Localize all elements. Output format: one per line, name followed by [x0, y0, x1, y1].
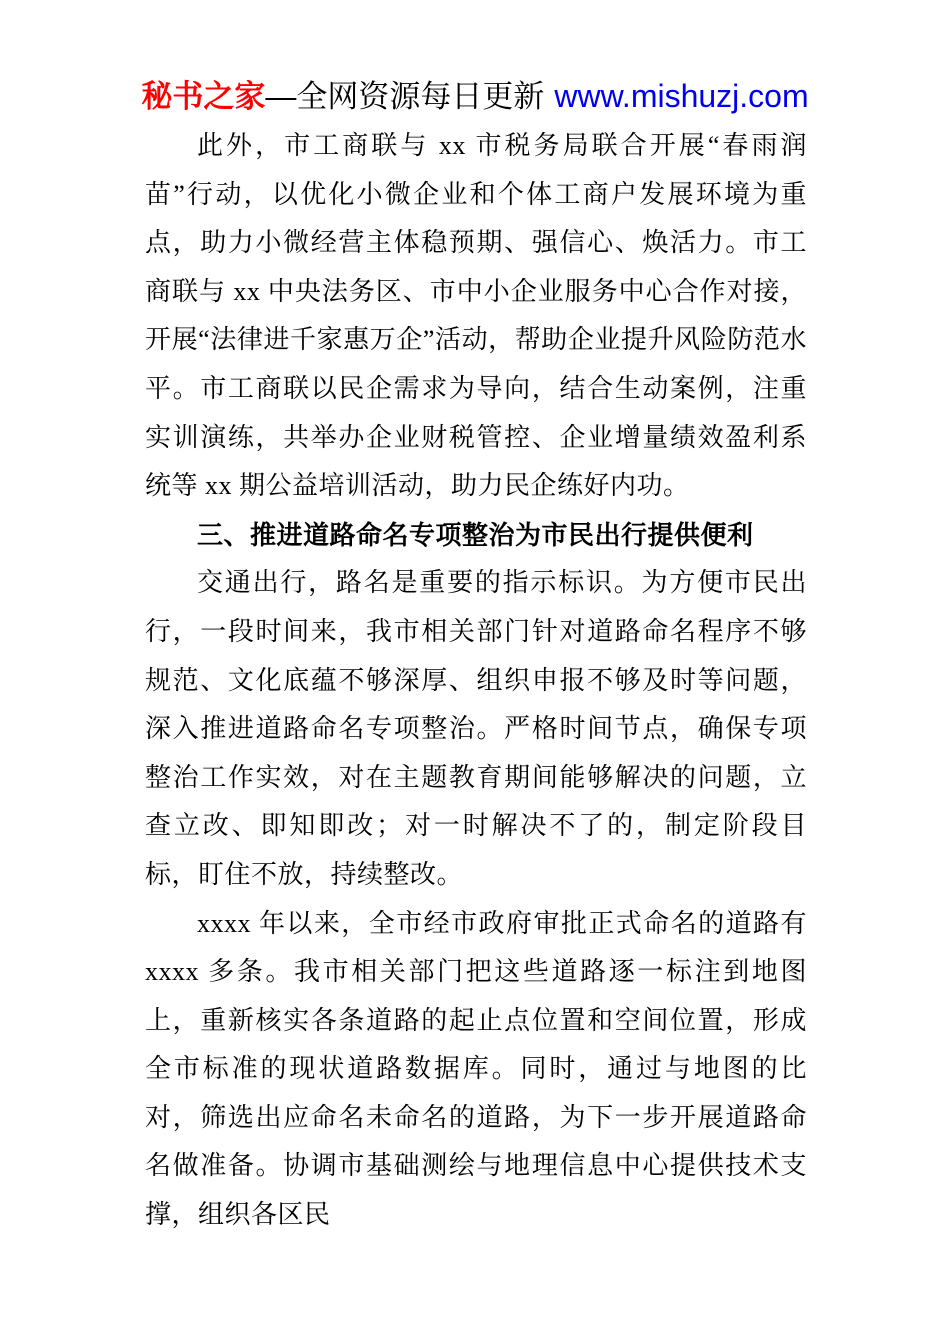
body-paragraph: 交通出行，路名是重要的指示标识。为方便市民出行，一段时间来，我市相关部门针对道路…	[145, 559, 807, 899]
site-url-link[interactable]: www.mishuzj.com	[554, 78, 808, 114]
body-paragraph: xxxx 年以来，全市经市政府审批正式命名的道路有 xxxx 多条。我市相关部门…	[145, 900, 807, 1240]
body-paragraph: 此外，市工商联与 xx 市税务局联合开展“春雨润苗”行动，以优化小微企业和个体工…	[145, 122, 807, 511]
document-body: 此外，市工商联与 xx 市税务局联合开展“春雨润苗”行动，以优化小微企业和个体工…	[145, 122, 807, 1240]
site-tagline: —全网资源每日更新	[265, 79, 544, 114]
doc-header: 秘书之家—全网资源每日更新www.mishuzj.com	[0, 76, 950, 117]
section-heading: 三、推进道路命名专项整治为市民出行提供便利	[145, 511, 807, 560]
document-page: 秘书之家—全网资源每日更新www.mishuzj.com 此外，市工商联与 xx…	[0, 0, 950, 1344]
site-brand: 秘书之家	[141, 79, 265, 114]
